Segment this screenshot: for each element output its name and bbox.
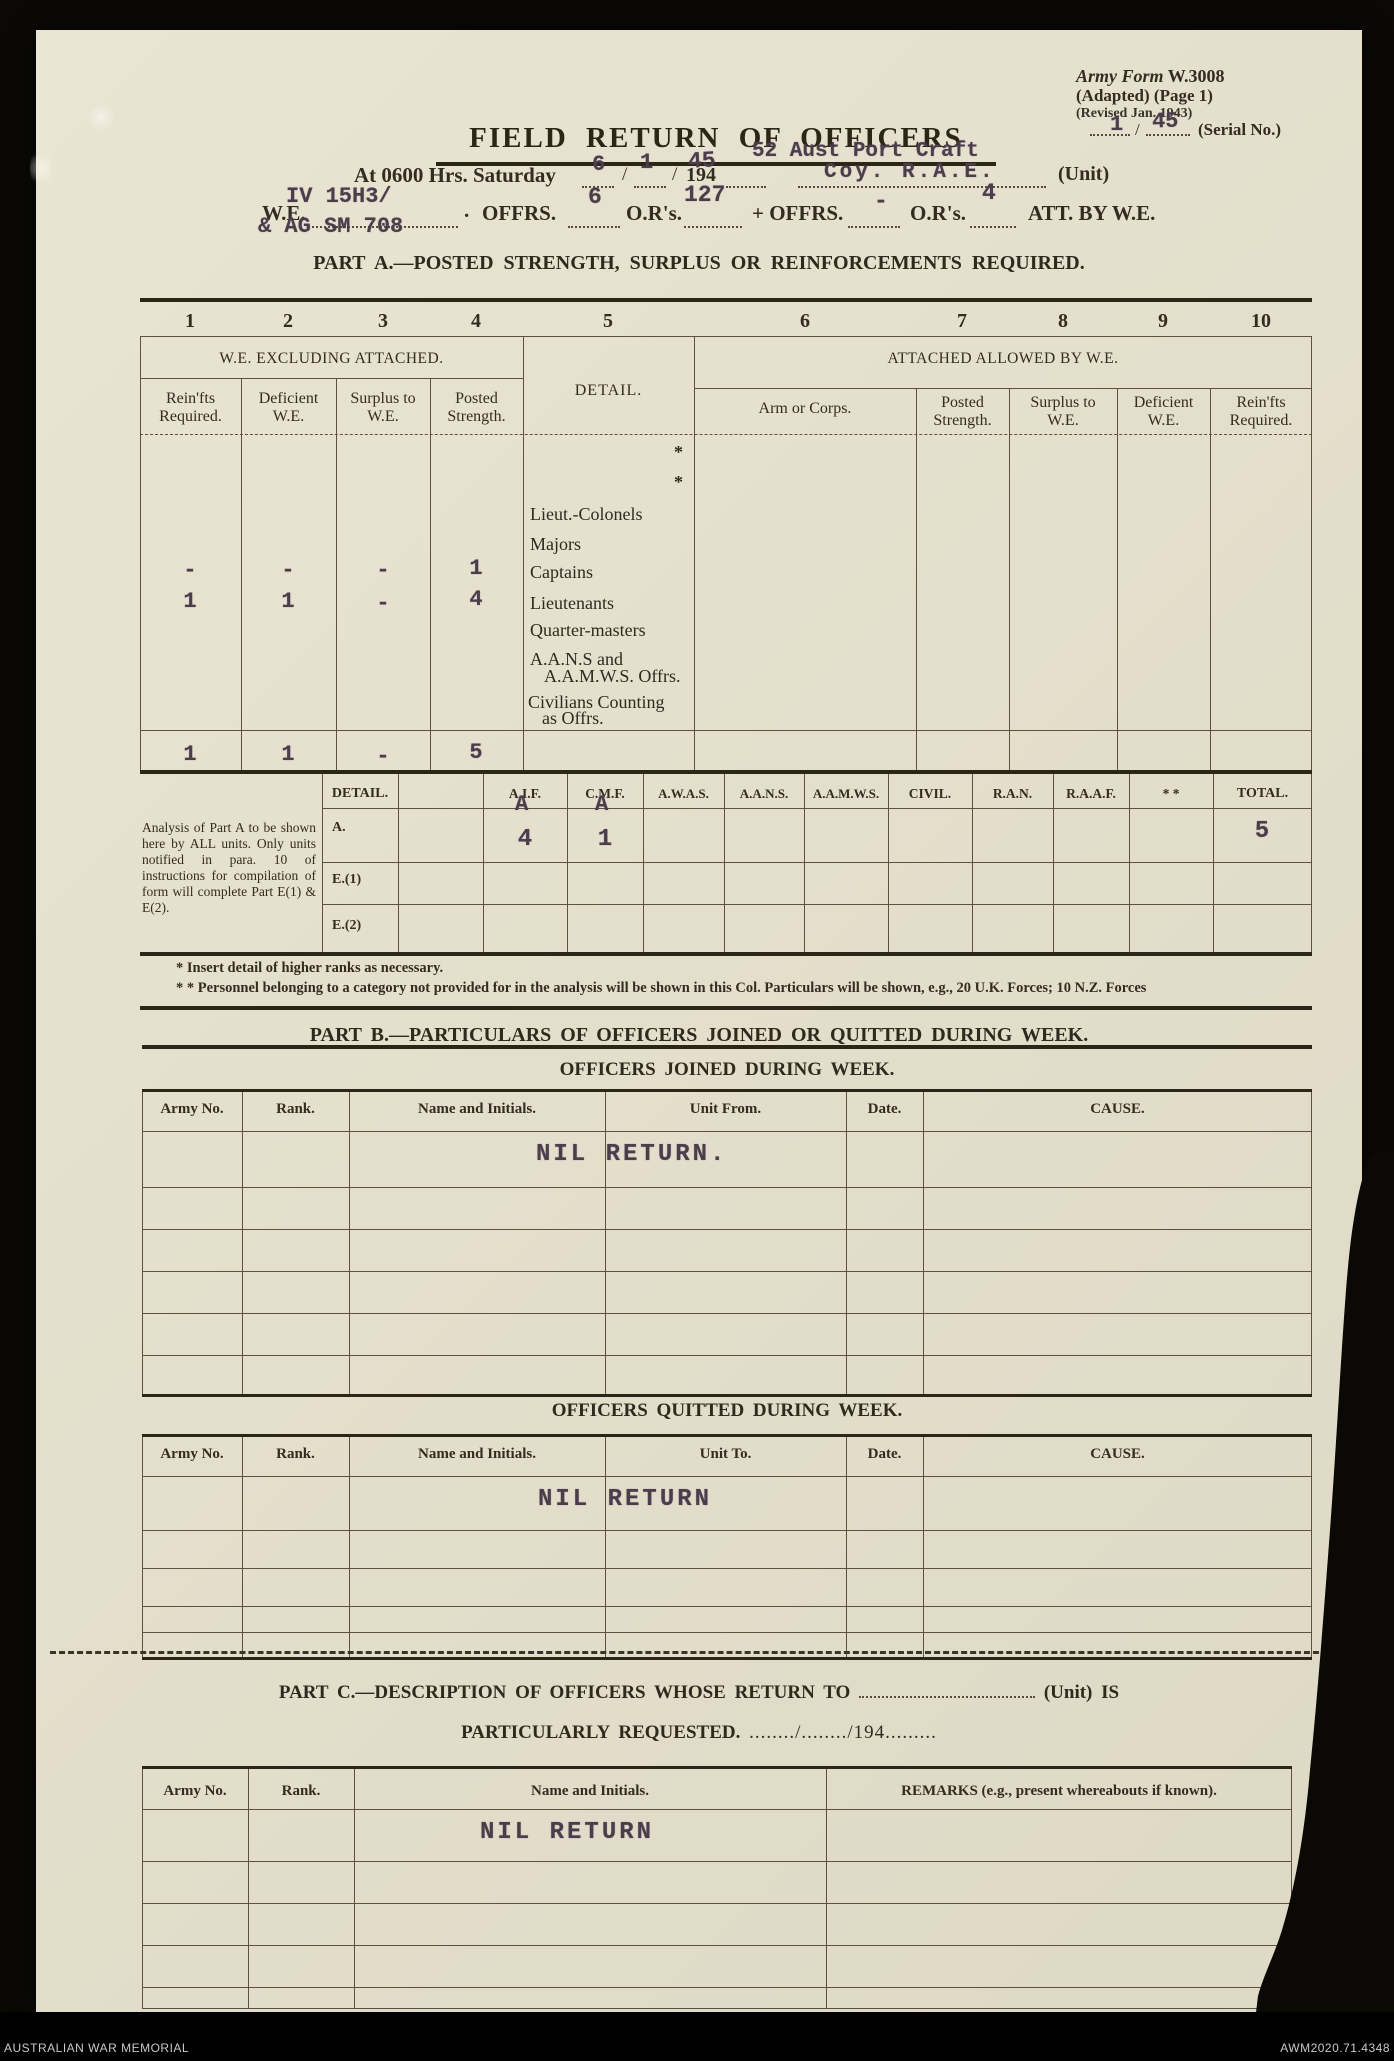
analysis-row-e1-label: E.(1) — [332, 872, 361, 888]
quitted-header-rank: Rank. — [242, 1446, 349, 1463]
table-bottom-rule — [142, 1657, 1312, 1660]
grid-line — [142, 1476, 1312, 1477]
total-deficient-value: 1 — [248, 742, 328, 767]
col-header-posted-strength-att: Posted Strength. — [916, 394, 1009, 430]
grid-line — [142, 1568, 1312, 1569]
date-dotted — [726, 174, 766, 188]
serial-slash: / — [1135, 120, 1140, 140]
ors2-typed: 4 — [982, 180, 996, 206]
grid-line — [846, 1437, 847, 1660]
date-month-typed: 1 — [640, 150, 653, 175]
quitted-header-unit-to: Unit To. — [605, 1446, 846, 1463]
grid-line — [916, 388, 917, 774]
col-header-deficient-we: Deficient W.E. — [241, 390, 336, 426]
analysis-header-total: TOTAL. — [1213, 786, 1312, 802]
detail-asterisk: * — [674, 472, 683, 493]
grid-line — [140, 336, 1312, 337]
cut-line — [50, 1651, 1346, 1654]
grid-line — [923, 1092, 924, 1397]
plus-offrs-dotted — [848, 214, 900, 228]
grid-line — [142, 1987, 1292, 1988]
grid-line — [242, 1437, 243, 1660]
grid-line — [430, 378, 431, 774]
grid-line — [349, 1092, 350, 1397]
lieutenants-posted-value: 4 — [436, 587, 516, 612]
part-c-header-rank: Rank. — [248, 1783, 354, 1800]
grid-line — [142, 1437, 143, 1660]
analysis-table: Analysis of Part A to be shown here by A… — [140, 770, 1312, 956]
col-number-6: 6 — [775, 310, 835, 333]
total-surplus-value: - — [343, 744, 423, 769]
grid-line — [242, 1092, 243, 1397]
grid-line — [140, 434, 1312, 436]
grid-line — [322, 862, 1312, 863]
part-b-heading: PART B.—PARTICULARS OF OFFICERS JOINED O… — [36, 1024, 1362, 1047]
col-header-reinfts-required: Rein'fts Required. — [140, 390, 241, 426]
grid-line — [1210, 388, 1211, 774]
footnote-1: * Insert detail of higher ranks as neces… — [176, 960, 443, 977]
grid-line — [142, 1355, 1312, 1356]
analysis-side-note: Analysis of Part A to be shown here by A… — [142, 820, 316, 916]
officers-joined-table: OFFICERS JOINED DURING WEEK. Army No. Ra… — [142, 1045, 1312, 1397]
footer-accession-number: AWM2020.71.4348 — [1280, 2041, 1390, 2055]
detail-rank-civilians-line2: as Offrs. — [542, 708, 604, 729]
analysis-header-civil: CIVIL. — [888, 786, 972, 802]
col-header-deficient-we-att: Deficient W.E. — [1117, 394, 1210, 430]
analysis-header-raaf: R.A.A.F. — [1053, 786, 1129, 802]
joined-header-rank: Rank. — [242, 1101, 349, 1118]
col-number-1: 1 — [160, 310, 220, 333]
part-a-table: 1 2 3 4 5 6 7 8 9 10 W.E. EXCLUDING ATTA… — [140, 298, 1312, 774]
grid-line — [846, 1092, 847, 1397]
section-divider — [140, 1006, 1312, 1010]
grid-line — [398, 774, 399, 952]
analysis-header-aamws: A.A.M.W.S. — [804, 786, 888, 802]
offrs-label: OFFRS. — [482, 201, 556, 226]
joined-header-date: Date. — [846, 1101, 923, 1118]
detail-asterisk: * — [674, 442, 683, 463]
grid-line — [142, 1530, 1312, 1531]
col-number-5: 5 — [578, 310, 638, 333]
grid-line — [1117, 388, 1118, 774]
footnote-2: * * Personnel belonging to a category no… — [176, 980, 1316, 997]
date-year-typed: 45 — [687, 147, 716, 174]
grid-line — [142, 1632, 1312, 1633]
grid-line — [605, 1092, 606, 1397]
grid-line — [142, 1187, 1312, 1188]
offrs-typed: 6 — [588, 184, 602, 210]
detail-rank-lieut-colonels: Lieut.-Colonels — [530, 504, 642, 525]
analysis-a-aif-value: 4 — [485, 826, 565, 853]
col-number-4: 4 — [446, 310, 506, 333]
analysis-typed-a-aif: A — [515, 792, 528, 817]
footer-bar: AUSTRALIAN WAR MEMORIAL AWM2020.71.4348 — [0, 2012, 1394, 2061]
col-header-reinfts-required-att: Rein'fts Required. — [1210, 394, 1312, 430]
paper-tear — [1230, 1150, 1394, 2061]
part-c-date-blanks: ......../......../194......... — [749, 1722, 937, 1743]
grid-line — [142, 1229, 1312, 1230]
col-number-9: 9 — [1133, 310, 1193, 333]
analysis-row-a-label: A. — [332, 820, 346, 836]
table-top-rule — [142, 1089, 1312, 1092]
grid-line — [142, 1092, 143, 1397]
part-c-header-army-no: Army No. — [142, 1783, 248, 1800]
grid-line — [142, 1861, 1292, 1862]
grid-line — [142, 1903, 1292, 1904]
quitted-header-army-no: Army No. — [142, 1446, 242, 1463]
footer-archive-name: AUSTRALIAN WAR MEMORIAL — [4, 2041, 189, 2055]
ors-typed: 127 — [684, 182, 725, 208]
officers-quitted-table: OFFICERS QUITTED DURING WEEK. Army No. R… — [142, 1390, 1312, 1660]
part-c-unit-dotted — [859, 1684, 1035, 1698]
detail-header: DETAIL. — [523, 382, 694, 400]
lieutenants-surplus-value: - — [343, 591, 423, 616]
quitted-header-date: Date. — [846, 1446, 923, 1463]
part-a-heading: PART A.—POSTED STRENGTH, SURPLUS OR REIN… — [36, 252, 1362, 275]
unit-dotted — [798, 174, 1046, 188]
grid-line — [142, 1809, 1292, 1810]
part-c-nil-return: NIL RETURN — [480, 1819, 654, 1846]
ors-label: O.R's. — [626, 201, 682, 226]
lieutenants-reinfts-value: 1 — [150, 589, 230, 614]
joined-header-cause: CAUSE. — [923, 1101, 1312, 1118]
grid-line — [605, 1437, 606, 1660]
serial-label: (Serial No.) — [1198, 120, 1281, 140]
detail-rank-aans-line2: A.A.M.W.S. Offrs. — [544, 666, 681, 687]
form-page: Army Form W.3008 (Adapted) (Page 1) (Rev… — [36, 30, 1362, 2012]
date-slash1: / — [622, 164, 627, 186]
joined-nil-return: NIL RETURN. — [536, 1141, 727, 1168]
col-number-2: 2 — [258, 310, 318, 333]
captains-posted-value: 1 — [436, 556, 516, 581]
analysis-header-aans: A.A.N.S. — [724, 786, 804, 802]
col-header-arm-or-corps: Arm or Corps. — [694, 400, 916, 418]
form-number: W.3008 — [1168, 66, 1225, 86]
grid-line — [336, 378, 337, 774]
analysis-header-ran: R.A.N. — [972, 786, 1053, 802]
part-c-requested-text: PARTICULARLY REQUESTED. — [461, 1722, 740, 1743]
detail-rank-quarter-masters: Quarter-masters — [530, 620, 646, 641]
part-c-unit-is: (Unit) IS — [1044, 1682, 1119, 1703]
grid-line — [354, 1769, 355, 2009]
att-by-we-label: ATT. BY W.E. — [1028, 201, 1155, 226]
part-c-heading-text: PART C.—DESCRIPTION OF OFFICERS WHOSE RE… — [279, 1682, 850, 1703]
captains-surplus-value: - — [343, 558, 423, 583]
we-typed-line2: & AG SM 708 — [258, 214, 403, 239]
col-header-surplus-to-we: Surplus to W.E. — [336, 390, 430, 426]
analysis-a-total-value: 5 — [1222, 818, 1302, 845]
col-number-8: 8 — [1033, 310, 1093, 333]
col-header-surplus-to-we-att: Surplus to W.E. — [1009, 394, 1117, 430]
analysis-typed-a-cmf: A — [595, 792, 608, 817]
analysis-header-awas: A.W.A.S. — [643, 786, 724, 802]
col-number-7: 7 — [932, 310, 992, 333]
quitted-header-name: Name and Initials. — [349, 1446, 605, 1463]
detail-rank-majors: Majors — [530, 534, 581, 555]
grid-line — [694, 388, 1312, 389]
total-posted-value: 5 — [436, 740, 516, 765]
ors2-label: O.R's. — [910, 201, 966, 226]
grid-line — [142, 1131, 1312, 1132]
grid-line — [248, 1769, 249, 2009]
table-top-rule — [142, 1434, 1312, 1437]
detail-rank-captains: Captains — [530, 562, 593, 583]
serial-dotted-line — [1146, 122, 1190, 136]
officers-joined-title: OFFICERS JOINED DURING WEEK. — [142, 1059, 1312, 1081]
grid-line — [1009, 388, 1010, 774]
part-c-header-name: Name and Initials. — [354, 1783, 826, 1800]
grid-line — [322, 808, 1312, 809]
left-group-header: W.E. EXCLUDING ATTACHED. — [140, 350, 523, 368]
joined-header-unit-from: Unit From. — [605, 1101, 846, 1118]
grid-line — [322, 904, 1312, 905]
ors-dotted — [684, 214, 742, 228]
part-c-heading-line2: PARTICULARLY REQUESTED. ......../.......… — [36, 1722, 1362, 1744]
grid-line — [142, 1271, 1312, 1272]
unit-label: (Unit) — [1058, 163, 1109, 186]
col-number-3: 3 — [353, 310, 413, 333]
form-adapted-line: (Adapted) (Page 1) — [1076, 87, 1326, 104]
grid-line — [140, 378, 523, 379]
date-dotted — [634, 174, 666, 188]
paper-blemish — [88, 102, 114, 132]
plus-offrs-label: + OFFRS. — [752, 201, 843, 226]
total-reinfts-value: 1 — [150, 742, 230, 767]
analysis-row-e2-label: E.(2) — [332, 918, 361, 934]
joined-header-name: Name and Initials. — [349, 1101, 605, 1118]
grid-line — [826, 1769, 827, 2009]
col-number-10: 10 — [1231, 310, 1291, 333]
captains-reinfts-value: - — [150, 558, 230, 583]
offrs-dotted — [568, 214, 620, 228]
grid-line — [140, 730, 1312, 731]
right-group-header: ATTACHED ALLOWED BY W.E. — [694, 350, 1312, 368]
detail-rank-lieutenants: Lieutenants — [530, 593, 614, 614]
grid-line — [142, 1606, 1312, 1607]
lieutenants-deficient-value: 1 — [248, 589, 328, 614]
analysis-header-other: * * — [1129, 786, 1213, 802]
grid-line — [142, 1945, 1292, 1946]
grid-line — [142, 1313, 1312, 1314]
analysis-header-detail: DETAIL. — [322, 786, 398, 802]
serial-dotted-line — [1090, 122, 1130, 136]
grid-line — [923, 1437, 924, 1660]
grid-line — [142, 1769, 143, 2009]
ors2-dotted — [970, 214, 1016, 228]
grid-line — [349, 1437, 350, 1660]
part-c-header-remarks: REMARKS (e.g., present whereabouts if kn… — [826, 1783, 1292, 1800]
plus-offrs-typed: - — [874, 188, 888, 214]
grid-line — [142, 2008, 1292, 2009]
col-header-posted-strength: Posted Strength. — [430, 390, 523, 426]
unit-typed-line1: 52 Aust Port Craft — [752, 140, 979, 163]
form-series-label: Army Form — [1076, 66, 1164, 86]
paper-blemish — [30, 148, 52, 188]
quitted-nil-return: NIL RETURN — [538, 1486, 712, 1513]
joined-header-army-no: Army No. — [142, 1101, 242, 1118]
part-c-table: Army No. Rank. Name and Initials. REMARK… — [142, 1766, 1292, 2009]
grid-line — [241, 378, 242, 774]
part-c-heading-line1: PART C.—DESCRIPTION OF OFFICERS WHOSE RE… — [36, 1682, 1362, 1704]
we-period: . — [464, 198, 469, 223]
grid-line — [523, 336, 524, 774]
analysis-a-cmf-value: 1 — [565, 826, 645, 853]
captains-deficient-value: - — [248, 558, 328, 583]
officers-quitted-title: OFFICERS QUITTED DURING WEEK. — [142, 1400, 1312, 1422]
date-slash2: / — [672, 164, 677, 186]
